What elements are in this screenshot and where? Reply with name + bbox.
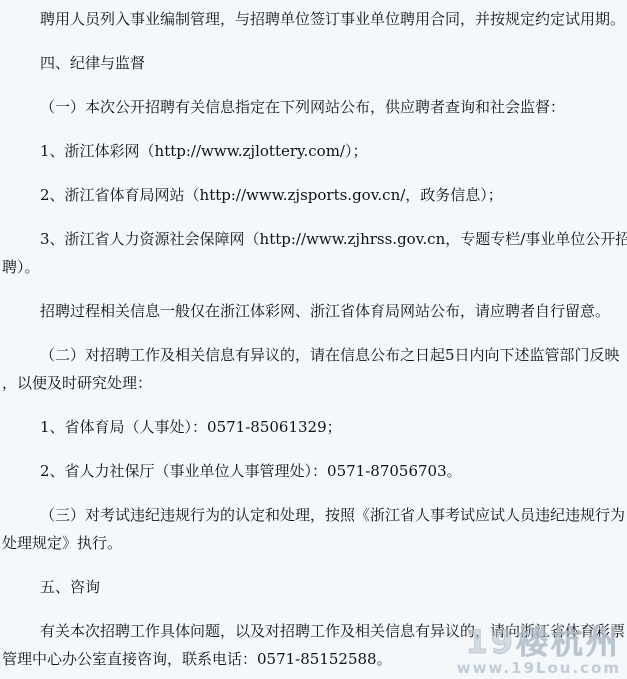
document-page: 聘用人员列入事业编制管理，与招聘单位签订事业单位聘用合同，并按规定约定试用期。 … xyxy=(0,0,627,679)
list-item-hr-dept-phone: 2、省人力社保厅（事业单位人事管理处）：0571-87056703。 xyxy=(2,457,627,485)
text-line: 处理规定》执行。 xyxy=(2,529,627,557)
text-line: 聘）。 xyxy=(2,253,627,281)
announcement-body: 聘用人员列入事业编制管理，与招聘单位签订事业单位聘用合同，并按规定约定试用期。 … xyxy=(2,5,627,673)
paragraph-objection-channels: （二）对招聘工作及相关信息有异议的，请在信息公布之日起5日内向下述监管部门反映 … xyxy=(2,341,627,397)
paragraph-employment-management: 聘用人员列入事业编制管理，与招聘单位签订事业单位聘用合同，并按规定约定试用期。 xyxy=(2,5,627,33)
text-line: 招聘过程相关信息一般仅在浙江体彩网、浙江省体育局网站公布，请应聘者自行留意。 xyxy=(2,297,627,325)
text-line: 管理中心办公室直接咨询，联系电话：0571-85152588。 xyxy=(2,645,627,673)
section-heading-discipline-supervision: 四、纪律与监督 xyxy=(2,49,627,77)
list-item-sports-bureau-site: 2、浙江省体育局网站（http://www.zjsports.gov.cn/，政… xyxy=(2,181,627,209)
paragraph-info-publish-sites: （一）本次公开招聘有关信息指定在下列网站公布，供应聘者查询和社会监督： xyxy=(2,93,627,121)
paragraph-exam-violation-rules: （三）对考试违纪违规行为的认定和处理，按照《浙江省人事考试应试人员违纪违规行为 … xyxy=(2,501,627,557)
text-line: （二）对招聘工作及相关信息有异议的，请在信息公布之日起5日内向下述监管部门反映 xyxy=(2,341,627,369)
section-heading-consultation: 五、咨询 xyxy=(2,573,627,601)
text-line: 聘用人员列入事业编制管理，与招聘单位签订事业单位聘用合同，并按规定约定试用期。 xyxy=(2,5,627,33)
text-line: ，以便及时研究处理： xyxy=(2,369,627,397)
text-line: （一）本次公开招聘有关信息指定在下列网站公布，供应聘者查询和社会监督： xyxy=(2,93,627,121)
text-line: 3、浙江省人力资源社会保障网（http://www.zjhrss.gov.cn，… xyxy=(2,225,627,253)
paragraph-process-info-notice: 招聘过程相关信息一般仅在浙江体彩网、浙江省体育局网站公布，请应聘者自行留意。 xyxy=(2,297,627,325)
text-line: 有关本次招聘工作具体问题，以及对招聘工作及相关信息有异议的，请向浙江省体育彩票 xyxy=(2,617,627,645)
text-line: 五、咨询 xyxy=(2,573,627,601)
text-line: 四、纪律与监督 xyxy=(2,49,627,77)
text-line: 2、省人力社保厅（事业单位人事管理处）：0571-87056703。 xyxy=(2,457,627,485)
paragraph-consultation-contact: 有关本次招聘工作具体问题，以及对招聘工作及相关信息有异议的，请向浙江省体育彩票 … xyxy=(2,617,627,673)
list-item-hrss-site: 3、浙江省人力资源社会保障网（http://www.zjhrss.gov.cn，… xyxy=(2,225,627,281)
text-line: 2、浙江省体育局网站（http://www.zjsports.gov.cn/，政… xyxy=(2,181,627,209)
text-line: （三）对考试违纪违规行为的认定和处理，按照《浙江省人事考试应试人员违纪违规行为 xyxy=(2,501,627,529)
text-line: 1、省体育局（人事处）：0571-85061329； xyxy=(2,413,627,441)
list-item-sports-bureau-phone: 1、省体育局（人事处）：0571-85061329； xyxy=(2,413,627,441)
text-line: 1、浙江体彩网（http://www.zjlottery.com/）； xyxy=(2,137,627,165)
list-item-zjlottery-site: 1、浙江体彩网（http://www.zjlottery.com/）； xyxy=(2,137,627,165)
